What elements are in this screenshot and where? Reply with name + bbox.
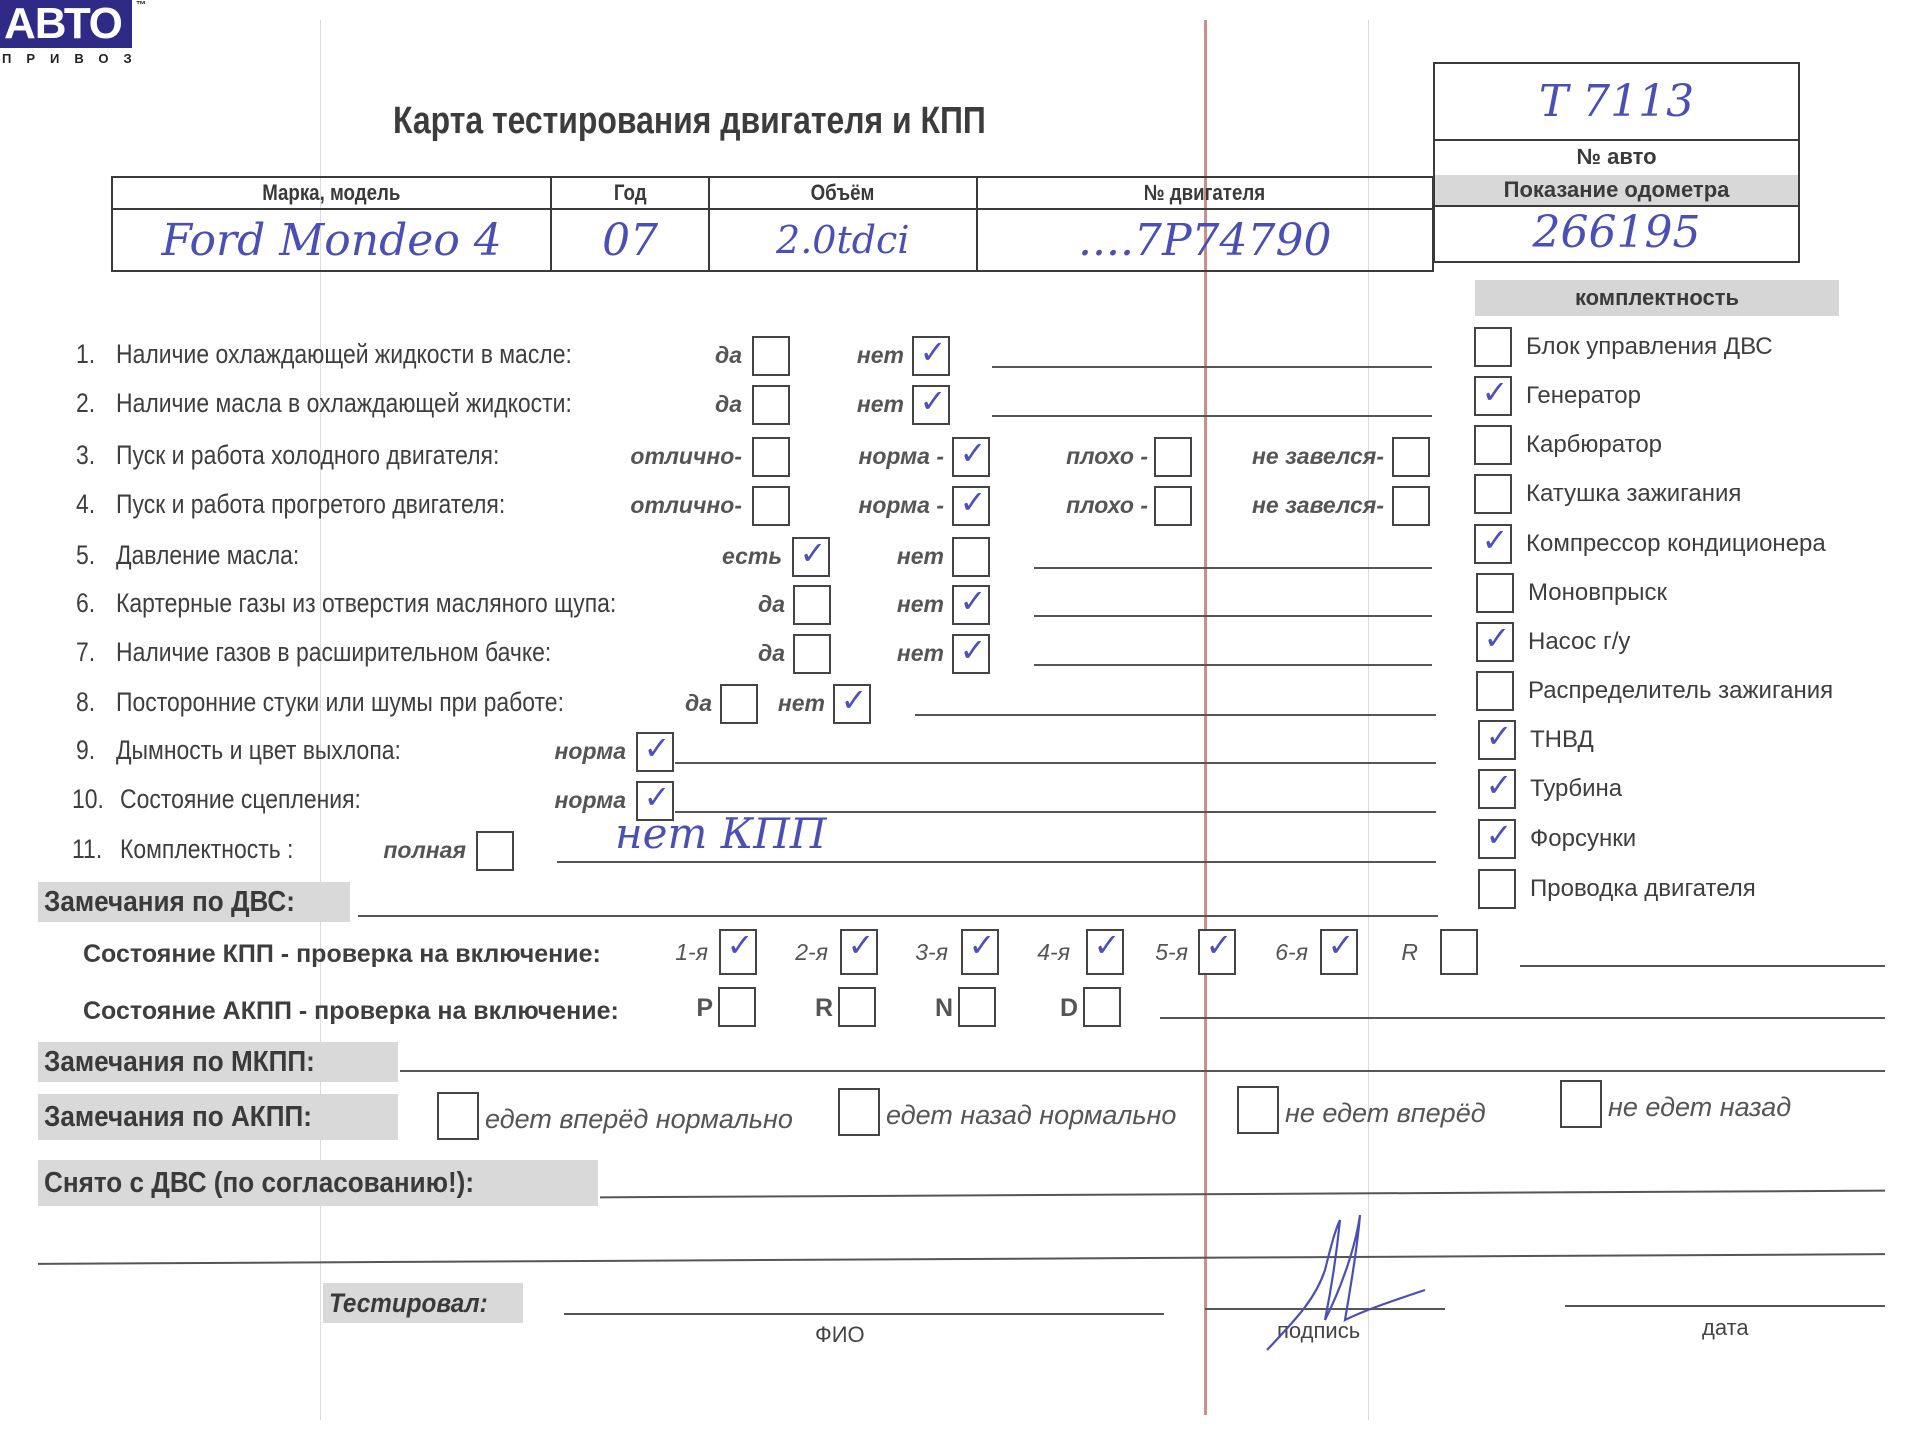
completeness-checkbox[interactable] bbox=[1474, 327, 1512, 367]
completeness-checkbox[interactable] bbox=[1478, 869, 1516, 909]
gear-label: 1-я bbox=[675, 939, 708, 966]
page-title: Карта тестирования двигателя и КПП bbox=[393, 100, 986, 143]
remarks-auto-checkbox[interactable] bbox=[838, 1088, 880, 1136]
answer-line[interactable] bbox=[1034, 615, 1432, 617]
vehicle-table: Марка, модель Год Объём № двигателя Ford… bbox=[111, 176, 1434, 272]
remarks-engine-label: Замечания по ДВС: bbox=[38, 882, 350, 922]
option-label: да bbox=[715, 391, 742, 418]
tested-by-name-line[interactable] bbox=[564, 1313, 1164, 1315]
check-row-number: 7. bbox=[76, 637, 95, 668]
check-mark-icon: ✓ bbox=[954, 583, 992, 619]
answer-line[interactable] bbox=[675, 762, 1436, 764]
completeness-checkbox[interactable] bbox=[1474, 474, 1512, 514]
check-row-label: Картерные газы из отверстия масляного щу… bbox=[116, 588, 616, 619]
gear-checkbox[interactable]: ✓ bbox=[840, 929, 878, 975]
gear-checkbox[interactable] bbox=[838, 987, 876, 1027]
logo: АВТО bbox=[0, 0, 132, 48]
option-checkbox[interactable]: ✓ bbox=[952, 486, 990, 526]
check-mark-icon: ✓ bbox=[1322, 927, 1360, 963]
option-checkbox[interactable] bbox=[952, 537, 990, 577]
check-row-number: 9. bbox=[76, 735, 95, 766]
check-row-number: 8. bbox=[76, 687, 95, 718]
check-mark-icon: ✓ bbox=[954, 632, 992, 668]
remarks-auto-label: Замечания по АКПП: bbox=[38, 1094, 398, 1140]
check-row-label: Наличие масла в охлаждающей жидкости: bbox=[116, 388, 572, 419]
header-make-model: Марка, модель bbox=[112, 177, 551, 209]
check-mark-icon: ✓ bbox=[1200, 927, 1238, 963]
make-model-field[interactable]: Ford Mondeo 4 bbox=[112, 209, 551, 271]
completeness-checkbox[interactable] bbox=[1476, 573, 1514, 613]
check-row-label: Наличие охлаждающей жидкости в масле: bbox=[116, 339, 572, 370]
option-checkbox[interactable] bbox=[720, 684, 758, 724]
check-mark-icon: ✓ bbox=[842, 927, 880, 963]
check-mark-icon: ✓ bbox=[721, 927, 759, 963]
remarks-auto-option-label: едет назад нормально bbox=[886, 1100, 1176, 1131]
auto-number-field[interactable]: T 7113 bbox=[1435, 64, 1798, 141]
logo-trademark: ™ bbox=[136, 0, 146, 11]
gear-checkbox[interactable] bbox=[718, 987, 756, 1027]
odometer-label: Показание одометра bbox=[1435, 175, 1798, 207]
remarks-manual-label: Замечания по МКПП: bbox=[38, 1042, 398, 1082]
year-field[interactable]: 07 bbox=[551, 209, 709, 271]
completeness-checkbox[interactable]: ✓ bbox=[1474, 524, 1512, 564]
check-row-number: 6. bbox=[76, 588, 95, 619]
odometer-field[interactable]: 266195 bbox=[1435, 205, 1798, 261]
auto-number-label: № авто bbox=[1435, 139, 1798, 177]
auto-number-box: T 7113 № авто Показание одометра 266195 bbox=[1433, 62, 1800, 263]
option-label: есть bbox=[722, 543, 782, 570]
option-checkbox[interactable] bbox=[752, 336, 790, 376]
check-mark-icon: ✓ bbox=[835, 682, 873, 718]
option-label: норма bbox=[555, 738, 627, 765]
option-label: норма - bbox=[858, 492, 944, 519]
gear-label: R bbox=[815, 994, 833, 1023]
completeness-item-label: Катушка зажигания bbox=[1526, 480, 1741, 508]
completeness-item-label: Блок управления ДВС bbox=[1526, 333, 1773, 361]
header-volume: Объём bbox=[709, 177, 977, 209]
check-mark-icon: ✓ bbox=[1480, 767, 1518, 803]
check-row-label: Давление масла: bbox=[116, 540, 299, 571]
check-row-number: 2. bbox=[76, 388, 95, 419]
option-label: да bbox=[758, 640, 785, 667]
check-row-label: Дымность и цвет выхлопа: bbox=[116, 735, 401, 766]
option-label: отлично- bbox=[630, 492, 742, 519]
tested-by-date-line[interactable] bbox=[1565, 1305, 1885, 1307]
check-row-number: 10. bbox=[72, 784, 104, 815]
option-checkbox[interactable] bbox=[752, 437, 790, 477]
check-mark-icon: ✓ bbox=[1478, 620, 1516, 656]
gear-checkbox[interactable]: ✓ bbox=[1086, 929, 1124, 975]
header-year: Год bbox=[551, 177, 709, 209]
check-mark-icon: ✓ bbox=[638, 730, 676, 766]
gear-checkbox[interactable]: ✓ bbox=[719, 929, 757, 975]
check-row-label: Пуск и работа прогретого двигателя: bbox=[116, 489, 505, 520]
removed-line[interactable] bbox=[600, 1190, 1885, 1199]
option-label: да bbox=[758, 591, 785, 618]
date-caption: дата bbox=[1702, 1315, 1749, 1341]
gear-label: 4-я bbox=[1037, 939, 1070, 966]
check-mark-icon: ✓ bbox=[914, 383, 952, 419]
completeness-item-label: ТНВД bbox=[1530, 726, 1594, 754]
remarks-auto-checkbox[interactable] bbox=[1237, 1086, 1279, 1134]
completeness-item-label: Моновпрыск bbox=[1528, 579, 1667, 607]
option-checkbox[interactable] bbox=[1154, 486, 1192, 526]
header-engine-number: № двигателя bbox=[977, 177, 1433, 209]
option-checkbox[interactable]: ✓ bbox=[952, 634, 990, 674]
check-row-label: Пуск и работа холодного двигателя: bbox=[116, 440, 499, 471]
remarks-auto-option-label: не едет назад bbox=[1608, 1092, 1791, 1123]
completeness-item-label: Распределитель зажигания bbox=[1528, 677, 1833, 705]
name-caption: ФИО bbox=[815, 1322, 865, 1348]
gear-label: N bbox=[935, 994, 953, 1023]
option-checkbox[interactable]: ✓ bbox=[792, 537, 830, 577]
option-label: не завелся- bbox=[1252, 492, 1384, 519]
check-row-label: Наличие газов в расширительном бачке: bbox=[116, 637, 551, 668]
remarks-manual-line[interactable] bbox=[400, 1070, 1885, 1072]
removed-label: Снято с ДВС (по согласованию!): bbox=[38, 1160, 598, 1206]
gear-label: 3-я bbox=[915, 939, 948, 966]
check-row-number: 3. bbox=[76, 440, 95, 471]
option-label: нет bbox=[897, 640, 944, 667]
option-checkbox[interactable] bbox=[793, 634, 831, 674]
check-mark-icon: ✓ bbox=[794, 535, 832, 571]
answer-line[interactable] bbox=[915, 714, 1436, 716]
check-mark-icon: ✓ bbox=[954, 435, 992, 471]
check-row-number: 1. bbox=[76, 339, 95, 370]
check-mark-icon: ✓ bbox=[1480, 718, 1518, 754]
option-checkbox[interactable] bbox=[793, 585, 831, 625]
completeness-item-label: Форсунки bbox=[1530, 825, 1636, 853]
check-row-number: 5. bbox=[76, 540, 95, 571]
removed-line-2[interactable] bbox=[38, 1253, 1885, 1265]
check-row-number: 11. bbox=[72, 834, 102, 865]
gear-label: 6-я bbox=[1275, 939, 1308, 966]
option-label: отлично- bbox=[630, 443, 742, 470]
option-label: нет bbox=[778, 690, 825, 717]
option-checkbox[interactable] bbox=[1392, 437, 1430, 477]
option-label: норма - bbox=[858, 443, 944, 470]
check-row-label: Состояние сцепления: bbox=[120, 784, 361, 815]
check-mark-icon: ✓ bbox=[1480, 817, 1518, 853]
completeness-checkbox[interactable]: ✓ bbox=[1478, 769, 1516, 809]
check-row-label: Комплектность : bbox=[120, 834, 293, 865]
completeness-checkbox[interactable]: ✓ bbox=[1476, 622, 1514, 662]
answer-line[interactable] bbox=[992, 366, 1432, 368]
completeness-checkbox[interactable] bbox=[1476, 671, 1514, 711]
gear-label: 5-я bbox=[1155, 939, 1188, 966]
check-mark-icon: ✓ bbox=[954, 484, 992, 520]
check-mark-icon: ✓ bbox=[1088, 927, 1126, 963]
completeness-item-label: Турбина bbox=[1530, 775, 1622, 803]
option-label: да bbox=[685, 690, 712, 717]
option-checkbox[interactable] bbox=[476, 831, 514, 871]
option-label: нет bbox=[897, 591, 944, 618]
option-checkbox[interactable] bbox=[1392, 486, 1430, 526]
remarks-engine-line[interactable] bbox=[358, 915, 1438, 917]
completeness-checkbox[interactable]: ✓ bbox=[1478, 720, 1516, 760]
answer-line[interactable] bbox=[1034, 567, 1432, 569]
completeness-item-label: Карбюратор bbox=[1526, 431, 1662, 459]
check-mark-icon: ✓ bbox=[1476, 374, 1514, 410]
logo-subtitle: ПРИВОЗ bbox=[2, 51, 147, 66]
check-mark-icon: ✓ bbox=[914, 334, 952, 370]
option-checkbox[interactable] bbox=[1154, 437, 1192, 477]
option-checkbox[interactable]: ✓ bbox=[912, 385, 950, 425]
option-checkbox[interactable]: ✓ bbox=[833, 684, 871, 724]
remarks-auto-option-label: не едет вперёд bbox=[1285, 1098, 1486, 1129]
gear-checkbox[interactable]: ✓ bbox=[1320, 929, 1358, 975]
check-mark-icon: ✓ bbox=[963, 927, 1001, 963]
tested-by-label: Тестировал: bbox=[323, 1283, 523, 1323]
gear-label: P bbox=[696, 994, 713, 1023]
answer-line[interactable] bbox=[992, 415, 1432, 417]
option-checkbox[interactable]: ✓ bbox=[636, 732, 674, 772]
option-label: полная bbox=[383, 837, 466, 864]
completeness-checkbox[interactable]: ✓ bbox=[1478, 819, 1516, 859]
check-row-label: Посторонние стуки или шумы при работе: bbox=[116, 687, 564, 718]
option-checkbox[interactable] bbox=[752, 486, 790, 526]
engine-number-field[interactable]: ....7P74790 bbox=[977, 209, 1433, 271]
signature-scribble-icon bbox=[1255, 1210, 1435, 1360]
gear-checkbox[interactable] bbox=[958, 987, 996, 1027]
gear-checkbox[interactable] bbox=[1083, 987, 1121, 1027]
gear-checkbox[interactable] bbox=[1440, 929, 1478, 975]
option-label: нет bbox=[857, 391, 904, 418]
gear-checkbox[interactable]: ✓ bbox=[961, 929, 999, 975]
option-label: да bbox=[715, 342, 742, 369]
volume-field[interactable]: 2.0tdci bbox=[709, 209, 977, 271]
completeness-checkbox[interactable] bbox=[1474, 425, 1512, 465]
completeness-item-label: Компрессор кондиционера bbox=[1526, 530, 1826, 558]
remarks-auto-option-label: едет вперёд нормально bbox=[485, 1104, 793, 1135]
option-label: плохо - bbox=[1066, 443, 1148, 470]
answer-line[interactable] bbox=[1034, 664, 1432, 666]
gear-checkbox[interactable]: ✓ bbox=[1198, 929, 1236, 975]
gear-label: 2-я bbox=[795, 939, 828, 966]
answer-line[interactable] bbox=[557, 861, 1436, 863]
option-label: плохо - bbox=[1066, 492, 1148, 519]
remarks-auto-checkbox[interactable] bbox=[1560, 1080, 1602, 1128]
option-checkbox[interactable]: ✓ bbox=[952, 585, 990, 625]
gear-label: D bbox=[1060, 994, 1078, 1023]
option-checkbox[interactable] bbox=[752, 385, 790, 425]
handwritten-note: нет КПП bbox=[615, 809, 826, 858]
option-checkbox[interactable]: ✓ bbox=[912, 336, 950, 376]
gear-label: R bbox=[1401, 939, 1418, 966]
completeness-item-label: Генератор bbox=[1526, 382, 1641, 410]
manual-gearbox-line[interactable] bbox=[1520, 965, 1885, 967]
auto-gearbox-check-label: Состояние АКПП - проверка на включение: bbox=[83, 997, 619, 1026]
option-label: не завелся- bbox=[1252, 443, 1384, 470]
auto-gearbox-line[interactable] bbox=[1160, 1017, 1885, 1019]
option-label: нет bbox=[897, 543, 944, 570]
check-mark-icon: ✓ bbox=[1476, 522, 1514, 558]
manual-gearbox-check-label: Состояние КПП - проверка на включение: bbox=[83, 940, 601, 969]
completeness-header: комплектность bbox=[1475, 280, 1839, 316]
completeness-item-label: Насос г/у bbox=[1528, 628, 1630, 656]
check-row-number: 4. bbox=[76, 489, 95, 520]
remarks-auto-checkbox[interactable] bbox=[437, 1092, 479, 1140]
completeness-item-label: Проводка двигателя bbox=[1530, 875, 1756, 903]
option-checkbox[interactable]: ✓ bbox=[952, 437, 990, 477]
completeness-checkbox[interactable]: ✓ bbox=[1474, 376, 1512, 416]
option-label: нет bbox=[857, 342, 904, 369]
